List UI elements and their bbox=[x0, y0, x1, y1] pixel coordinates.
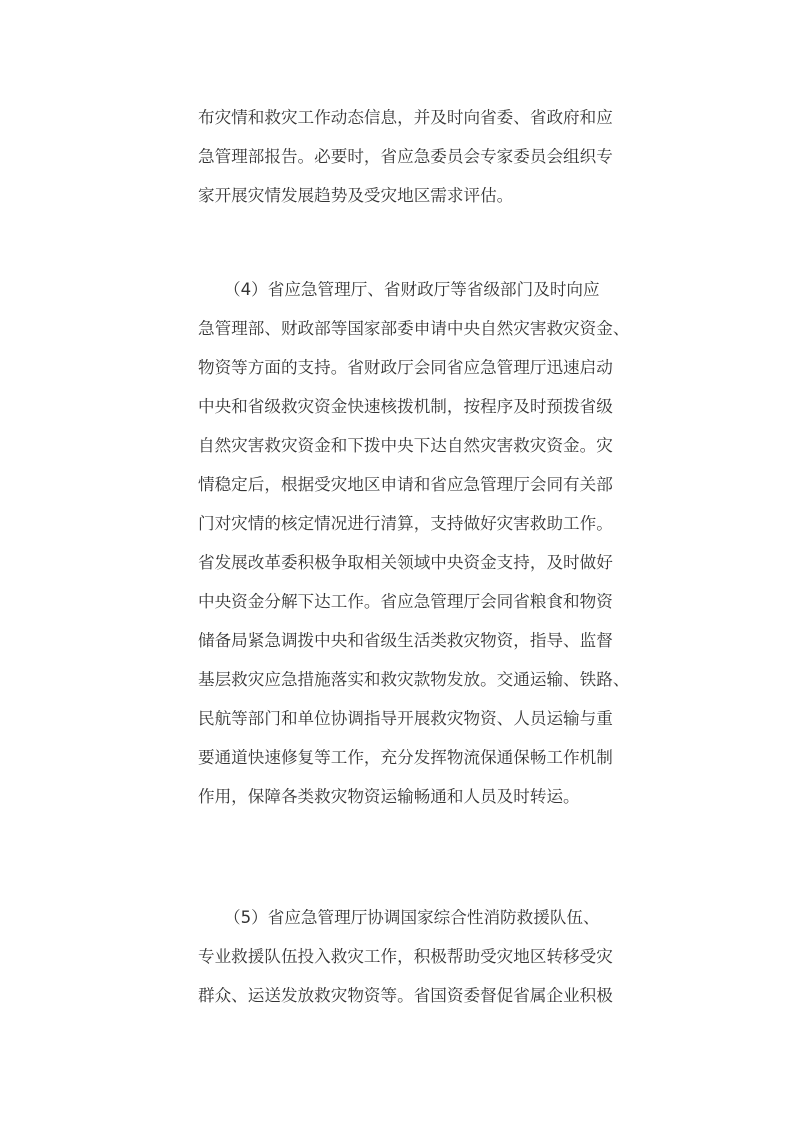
text-line: 家开展灾情发展趋势及受灾地区需求评估。 bbox=[198, 186, 513, 206]
text-line: 专业救援队伍投入救灾工作，积极帮助受灾地区转移受灾 bbox=[198, 947, 613, 967]
text-line: 急管理部报告。必要时，省应急委员会专家委员会组织专 bbox=[198, 147, 613, 167]
text-line: 作用，保障各类救灾物资运输畅通和人员及时转运。 bbox=[198, 787, 580, 807]
text-line: 门对灾情的核定情况进行清算，支持做好灾害救助工作。 bbox=[198, 514, 613, 534]
text-line: （5）省应急管理厅协调国家综合性消防救援队伍、 bbox=[224, 908, 600, 928]
text-line: 群众、运送发放救灾物资等。省国资委督促省属企业积极 bbox=[198, 986, 613, 1006]
text-line: （4）省应急管理厅、省财政厅等省级部门及时向应 bbox=[224, 280, 600, 300]
text-line: 物资等方面的支持。省财政厅会同省应急管理厅迅速启动 bbox=[198, 358, 613, 378]
text-line: 情稳定后，根据受灾地区申请和省应急管理厅会同有关部 bbox=[198, 475, 613, 495]
text-line: 基层救灾应急措施落实和救灾款物发放。交通运输、铁路、 bbox=[198, 670, 629, 690]
text-line: 储备局紧急调拨中央和省级生活类救灾物资，指导、监督 bbox=[198, 631, 613, 651]
text-line: 自然灾害救灾资金和下拨中央下达自然灾害救灾资金。灾 bbox=[198, 436, 613, 456]
text-line: 中央资金分解下达工作。省应急管理厅会同省粮食和物资 bbox=[198, 592, 613, 612]
text-line: 中央和省级救灾资金快速核拨机制，按程序及时预拨省级 bbox=[198, 397, 613, 417]
text-line: 要通道快速修复等工作，充分发挥物流保通保畅工作机制 bbox=[198, 748, 613, 768]
text-line: 民航等部门和单位协调指导开展救灾物资、人员运输与重 bbox=[198, 709, 613, 729]
text-line: 布灾情和救灾工作动态信息，并及时向省委、省政府和应 bbox=[198, 108, 613, 128]
text-line: 急管理部、财政部等国家部委申请中央自然灾害救灾资金、 bbox=[198, 319, 629, 339]
text-line: 省发展改革委积极争取相关领域中央资金支持，及时做好 bbox=[198, 553, 613, 573]
